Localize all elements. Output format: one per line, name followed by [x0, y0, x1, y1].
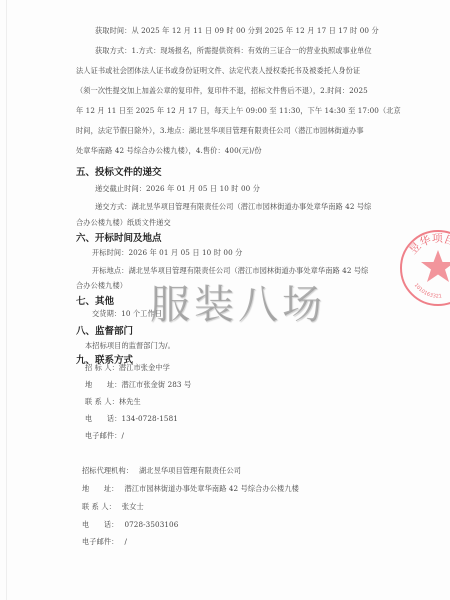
agency-contact-row: 联 系 人：张女士	[82, 502, 144, 512]
obtain-method-line3: （须一次性提交加上加盖公章的复印件，复印件不退，招标文件售后不退），2.时间：2…	[76, 86, 368, 96]
purchaser-name: 潜江市张金中学	[119, 363, 170, 372]
agency-name-row: 招标代理机构：湖北昱华项目管理有限责任公司	[82, 466, 241, 476]
purchaser-name-label: 招 标 人：	[85, 363, 119, 372]
purchaser-phone-label: 电 话：	[85, 414, 121, 423]
agency-contact-person: 张女士	[122, 502, 144, 511]
document-page: 获取时间：从 2025 年 12 月 11 日 09 时 00 分到 2025 …	[0, 0, 450, 600]
agency-address-label: 地 址：	[82, 484, 118, 493]
watermark-text: 服装八场	[150, 273, 326, 330]
agency-email: /	[124, 537, 127, 546]
agency-email-label: 电子邮件：	[82, 537, 118, 546]
submission-deadline: 递交截止时间：2026 年 01 月 05 日 10 时 00 分	[95, 184, 260, 194]
obtain-method-line6: 处章华南路 42 号综合办公楼九楼），4.售价：400(元)/份	[76, 146, 262, 156]
supervision-dept: 本招标项目的监督部门为/。	[85, 341, 175, 351]
purchaser-name-row: 招 标 人：潜江市张金中学	[85, 363, 170, 373]
svg-text:1010163321: 1010163321	[413, 282, 442, 299]
purchaser-contact-row: 联 系 人：林先生	[85, 397, 141, 407]
obtain-method-line5: 时间，法定节假日除外），3.地点：湖北昱华项目管理有限责任公司（潜江市园林街道办…	[76, 126, 364, 136]
agency-phone-label: 电 话：	[82, 520, 118, 529]
obtain-method-line4: 年 12 月 11 日至 2025 年 12 月 17 日，每天上午 09:00…	[76, 106, 401, 116]
agency-address-row: 地 址：潜江市园林街道办事处章华南路 42 号综合办公楼九楼	[82, 484, 299, 494]
purchaser-email-row: 电子邮件：/	[85, 431, 124, 441]
page-edge	[6, 0, 7, 600]
obtain-method-line2: 法人证书或社会团体法人证书或身份证明文件、法定代表人授权委托书及被委托人身份证	[76, 66, 360, 76]
section-8-heading: 八、监督部门	[76, 323, 133, 337]
obtain-time: 获取时间：从 2025 年 12 月 11 日 09 时 00 分到 2025 …	[95, 26, 379, 36]
section-6-heading: 六、开标时间及地点	[76, 230, 162, 244]
submission-method: 递交方式：湖北昱华项目管理有限责任公司（潜江市园林街道办事处章华南路 42 号综	[95, 202, 371, 212]
purchaser-contact-label: 联 系 人：	[85, 397, 119, 406]
agency-address: 潜江市园林街道办事处章华南路 42 号综合办公楼九楼	[124, 484, 298, 493]
agency-phone: 0728-3503106	[124, 520, 178, 529]
purchaser-address: 潜江市张金街 283 号	[121, 380, 191, 389]
seal-icon: 昱华项目 1010163321	[398, 228, 450, 308]
opening-location-line2: 合办公楼九楼）	[76, 281, 127, 291]
official-seal-stamp: 昱华项目 1010163321	[398, 228, 450, 308]
svg-text:昱华项目: 昱华项目	[407, 232, 450, 257]
obtain-method: 获取方式：1.方式：现场报名，所需提供资料：有效的三证合一的营业执照或事业单位	[95, 46, 372, 56]
purchaser-phone: 134-0728-1581	[121, 414, 177, 423]
purchaser-address-row: 地 址：潜江市张金街 283 号	[85, 380, 191, 390]
section-7-heading: 七、其他	[76, 293, 114, 307]
agency-name: 湖北昱华项目管理有限责任公司	[139, 466, 241, 475]
purchaser-address-label: 地 址：	[85, 380, 121, 389]
purchaser-contact-person: 林先生	[119, 397, 141, 406]
agency-phone-row: 电 话：0728-3503106	[82, 520, 178, 530]
agency-email-row: 电子邮件：/	[82, 537, 127, 547]
purchaser-email-label: 电子邮件：	[85, 431, 121, 440]
section-5-heading: 五、投标文件的递交	[76, 164, 162, 178]
purchaser-email: /	[121, 431, 124, 440]
purchaser-phone-row: 电 话：134-0728-1581	[85, 414, 178, 424]
agency-contact-label: 联 系 人：	[82, 502, 116, 511]
opening-time: 开标时间：2026 年 01 月 05 日 10 时 00 分	[92, 248, 242, 258]
submission-method-line2: 合办公楼九楼）纸质文件递交	[76, 218, 171, 228]
agency-name-label: 招标代理机构：	[82, 466, 133, 475]
